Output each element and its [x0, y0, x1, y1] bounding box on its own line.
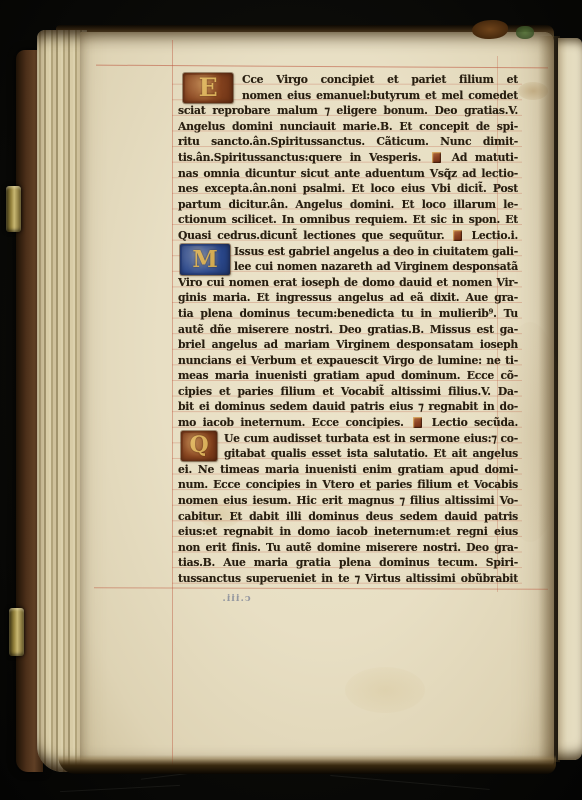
- brass-clasp-bottom: [9, 608, 24, 656]
- text-line: tis.ân.Spiritussanctus:quere in Vesperis…: [178, 150, 518, 166]
- text-block: E M Q Cce Virgo concipiet et pariet fili…: [178, 72, 518, 590]
- text-segment: autẽ dñe miserere nostri. Deo gratias.B.…: [178, 323, 518, 336]
- text-lines: Cce Virgo concipiet et pariet filium et …: [178, 72, 518, 587]
- facing-page-sliver: [558, 38, 582, 760]
- text-line: bit ei dominus sedem dauid patris eius ⁊…: [178, 399, 518, 415]
- text-line: lee cui nomen nazareth ad Virginem despo…: [234, 259, 518, 275]
- illuminated-initial-E: E: [183, 73, 233, 103]
- text-segment: Ad matuti-: [452, 151, 518, 164]
- text-line: ei. Ne timeas maria inuenisti enim grati…: [178, 462, 518, 478]
- signature-mark-showthrough: c.iii.: [216, 593, 256, 604]
- text-segment: Quasi cedrus.dicunt̃ lectiones que sequũ…: [178, 229, 444, 242]
- text-line: partum dicitur.ân. Angelus domini. Et lo…: [178, 197, 518, 213]
- text-segment: tia plena dominus tecum:benedicta tu in …: [178, 307, 518, 320]
- text-line: Issus est gabriel angelus a deo in ciuit…: [234, 244, 518, 260]
- text-line: num. Ecce concipies in Vtero et paries f…: [178, 477, 518, 493]
- text-segment: nomen eius emanuel:butyrum et mel comede…: [242, 89, 518, 104]
- text-segment: nuncians ei Verbum et expauescit Virgo d…: [178, 354, 518, 367]
- text-line: sciat reprobare malum ⁊ eligere bonum. D…: [178, 103, 518, 119]
- text-segment: num. Ecce concipies in Vtero et paries f…: [178, 478, 518, 491]
- page-bottom-browned-edge: [58, 755, 556, 774]
- text-segment: Cce Virgo concipiet et pariet filium et …: [242, 73, 518, 88]
- text-line: ginis maria. Et ingressus angelus ad eã …: [178, 290, 518, 306]
- text-segment: sciat reprobare malum ⁊ eligere bonum. D…: [178, 104, 518, 117]
- text-line: cabitur. Et dabit illi dominus deus sede…: [178, 509, 518, 525]
- text-segment: lee cui nomen nazareth ad Virginem despo…: [234, 260, 518, 273]
- text-line: nomen eius emanuel:butyrum et mel comede…: [242, 88, 518, 104]
- text-line: ctionum scilicet. In omnibus requiem. Et…: [178, 212, 518, 228]
- backdrop-scratch: [330, 775, 489, 790]
- text-segment: gitabat qualis esset ista salutatio. Et …: [224, 447, 518, 460]
- text-segment: briel angelus ad mariam Virginem despons…: [178, 338, 518, 351]
- brass-clasp-top: [6, 186, 21, 232]
- text-segment: tussanctus superueniet in te ⁊ Virtus al…: [178, 572, 518, 585]
- paraph-mark: [453, 230, 462, 241]
- text-segment: mo iacob ineternum. Ecce concipies.: [178, 416, 404, 429]
- text-segment: nes excepta.ân.noni psalmi. Et loco eius…: [178, 182, 518, 195]
- text-segment: cabitur. Et dabit illi dominus deus sede…: [178, 510, 518, 523]
- text-line: nuncians ei Verbum et expauescit Virgo d…: [178, 353, 518, 369]
- text-segment: Angelus domini nunciauit marie.B. Et con…: [178, 120, 518, 133]
- text-segment: Lectio secũda.: [432, 416, 518, 429]
- text-line: tias.B. Aue maria gratia plena dominus t…: [178, 555, 518, 571]
- text-segment: tias.B. Aue maria gratia plena dominus t…: [178, 556, 518, 569]
- text-line: nomen eius iesum. Hic erit magnus ⁊ fili…: [178, 493, 518, 509]
- backdrop-scratch: [60, 785, 180, 792]
- text-line: tussanctus superueniet in te ⁊ Virtus al…: [178, 571, 518, 587]
- gutter-crease: [538, 36, 560, 762]
- text-segment: cipies et paries filium et Vocabit̃ alti…: [178, 385, 518, 398]
- text-segment: ctionum scilicet. In omnibus requiem. Et…: [178, 213, 518, 226]
- text-segment: meas maria inuenisti gratiam apud dominu…: [178, 369, 518, 382]
- text-segment: ritu sancto.ân.Spiritussanctus. Cãticum.…: [178, 135, 518, 148]
- text-segment: ei. Ne timeas maria inuenisti enim grati…: [178, 463, 518, 476]
- text-line: eius:et regnabit in domo iacob ineternum…: [178, 524, 518, 540]
- text-line: briel angelus ad mariam Virginem despons…: [178, 337, 518, 353]
- text-line: Angelus domini nunciauit marie.B. Et con…: [178, 119, 518, 135]
- leather-damage-spot: [472, 20, 508, 39]
- text-segment: Lectio.i.: [472, 229, 519, 242]
- text-line: nas omnia dicuntur sicut ante aduentum V…: [178, 166, 518, 182]
- text-line: ritu sancto.ân.Spiritussanctus. Cãticum.…: [178, 134, 518, 150]
- text-segment: bit ei dominus sedem dauid patris eius ⁊…: [178, 400, 518, 413]
- paraph-mark: [432, 152, 441, 163]
- text-segment: Ue cum audisset turbata est in sermone e…: [224, 432, 518, 445]
- text-line: mo iacob ineternum. Ecce concipies. Lect…: [178, 415, 518, 431]
- text-line: nes excepta.ân.noni psalmi. Et loco eius…: [178, 181, 518, 197]
- text-segment: partum dicitur.ân. Angelus domini. Et lo…: [178, 198, 518, 211]
- text-segment: eius:et regnabit in domo iacob ineternum…: [178, 525, 518, 538]
- paper-stain: [345, 667, 425, 713]
- text-line: gitabat qualis esset ista salutatio. Et …: [224, 446, 518, 462]
- text-line: Viro cui nomen erat ioseph de domo dauid…: [178, 275, 518, 291]
- green-fabric-fringe: [516, 26, 534, 39]
- text-line: autẽ dñe miserere nostri. Deo gratias.B.…: [178, 322, 518, 338]
- text-segment: nas omnia dicuntur sicut ante aduentum V…: [178, 167, 518, 180]
- paraph-mark: [413, 417, 422, 428]
- text-line: cipies et paries filium et Vocabit̃ alti…: [178, 384, 518, 400]
- text-line: Cce Virgo concipiet et pariet filium et …: [242, 72, 518, 88]
- text-segment: non erit finis. Tu autẽ domine miserere …: [178, 541, 518, 554]
- text-segment: ginis maria. Et ingressus angelus ad eã …: [178, 291, 518, 304]
- text-line: Ue cum audisset turbata est in sermone e…: [224, 431, 518, 447]
- text-line: non erit finis. Tu autẽ domine miserere …: [178, 540, 518, 556]
- text-line: meas maria inuenisti gratiam apud dominu…: [178, 368, 518, 384]
- illuminated-initial-Q: Q: [181, 431, 217, 461]
- text-segment: Issus est gabriel angelus a deo in ciuit…: [234, 245, 518, 258]
- text-segment: tis.ân.Spiritussanctus:quere in Vesperis…: [178, 151, 421, 164]
- text-line: tia plena dominus tecum:benedicta tu in …: [178, 306, 518, 322]
- photo-backdrop: E M Q Cce Virgo concipiet et pariet fili…: [0, 0, 582, 800]
- text-line: Quasi cedrus.dicunt̃ lectiones que sequũ…: [178, 228, 518, 244]
- text-segment: Viro cui nomen erat ioseph de domo dauid…: [178, 276, 518, 289]
- illuminated-initial-M: M: [180, 244, 230, 275]
- text-segment: nomen eius iesum. Hic erit magnus ⁊ fili…: [178, 494, 518, 507]
